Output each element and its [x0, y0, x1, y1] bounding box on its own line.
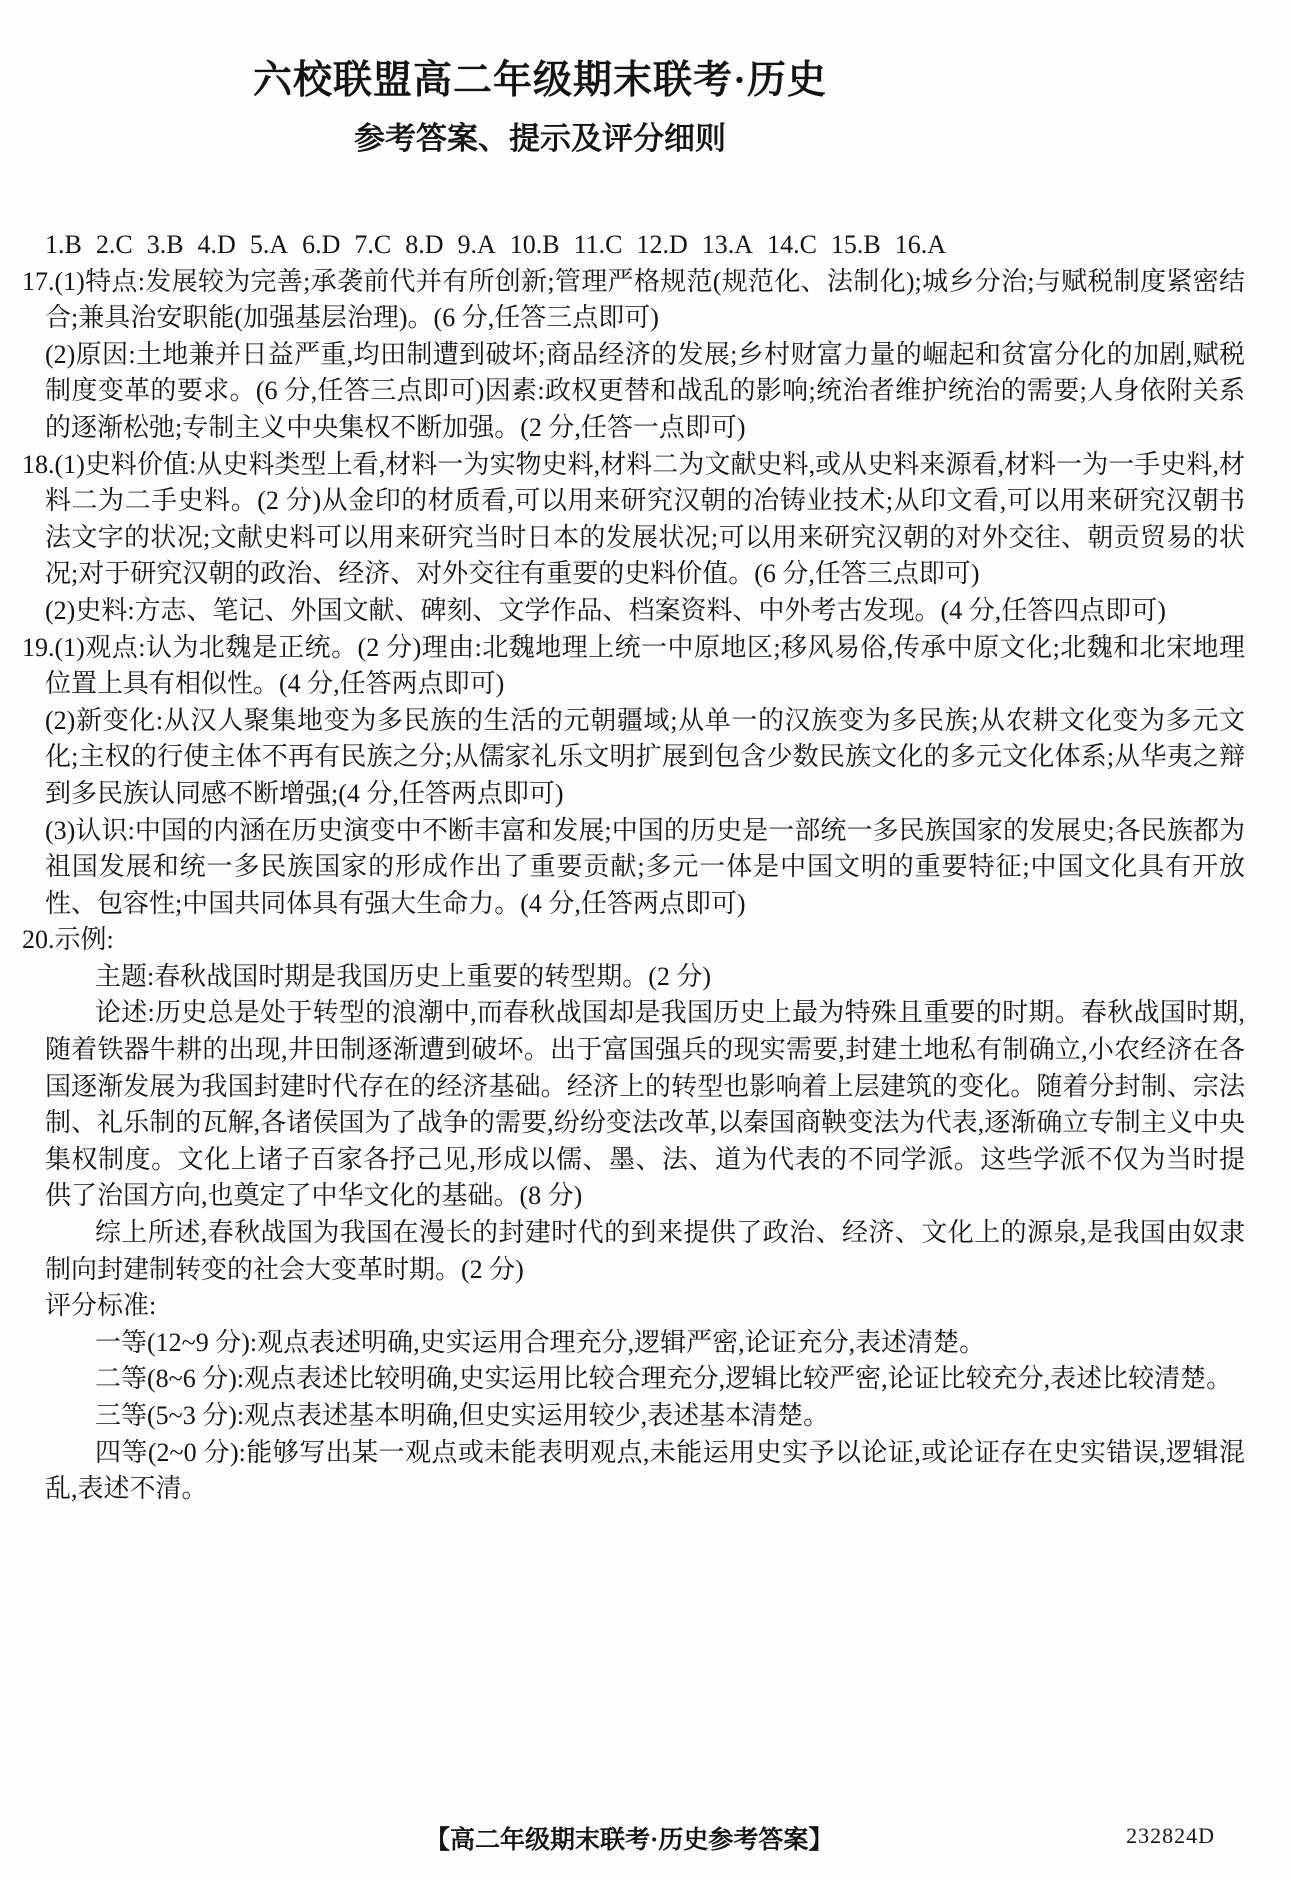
q19-part2-answer: (2)新变化:从汉人聚集地变为多民族的生活的元朝疆域;从单一的汉族变为多民族;从… — [45, 703, 1245, 813]
mcq-answer-1: 1.B — [45, 227, 82, 264]
q20-criteria-heading: 评分标准: — [45, 1288, 1245, 1325]
q18-part1-answer: 18.(1)史料价值:从史料类型上看,材料一为实物史料,材料二为文献史料,或从史… — [45, 447, 1245, 593]
mcq-answer-3: 3.B — [147, 227, 184, 264]
q17-part1-answer: 17.(1)特点:发展较为完善;承袭前代并有所创新;管理严格规范(规范化、法制化… — [45, 264, 1245, 337]
q19-part3-answer: (3)认识:中国的内涵在历史演变中不断丰富和发展;中国的历史是一部统一多民族国家… — [45, 813, 1245, 923]
mcq-answer-9: 9.A — [458, 227, 496, 264]
mcq-answer-15: 15.B — [831, 227, 881, 264]
q20-label: 20.示例: — [45, 922, 1245, 959]
q20-essay: 论述:历史总是处于转型的浪潮中,而春秋战国却是我国历史上最为特殊且重要的时期。春… — [45, 995, 1245, 1215]
mcq-answer-13: 13.A — [702, 227, 753, 264]
answer-content: 1.B 2.C 3.B 4.D 5.A 6.D 7.C 8.D 9.A 10.B… — [45, 227, 1245, 1508]
q17-part2-answer: (2)原因:土地兼并日益严重,均田制遭到破坏;商品经济的发展;乡村财富力量的崛起… — [45, 337, 1245, 447]
mcq-answer-14: 14.C — [767, 227, 817, 264]
q20-criteria-tier4: 四等(2~0 分):能够写出某一观点或未能表明观点,未能运用史实予以论证,或论证… — [45, 1435, 1245, 1508]
q20-theme: 主题:春秋战国时期是我国历史上重要的转型期。(2 分) — [45, 959, 1245, 996]
q20-criteria-tier3: 三等(5~3 分):观点表述基本明确,但史实运用较少,表述基本清楚。 — [45, 1398, 1245, 1435]
mcq-answer-6: 6.D — [302, 227, 340, 264]
q20-conclusion: 综上所述,春秋战国为我国在漫长的封建时代的到来提供了政治、经济、文化上的源泉,是… — [45, 1215, 1245, 1288]
page-title: 六校联盟高二年级期末联考·历史 — [45, 56, 1035, 106]
mcq-answer-10: 10.B — [510, 227, 560, 264]
q20-criteria-tier1: 一等(12~9 分):观点表述明确,史实运用合理充分,逻辑严密,论证充分,表述清… — [45, 1325, 1245, 1362]
mcq-answer-4: 4.D — [198, 227, 236, 264]
mcq-answer-7: 7.C — [354, 227, 391, 264]
document-heading: 六校联盟高二年级期末联考·历史 参考答案、提示及评分细则 — [45, 0, 1035, 159]
q18-part2-answer: (2)史料:方志、笔记、外国文献、碑刻、文学作品、档案资料、中外考古发现。(4 … — [45, 593, 1245, 630]
mcq-answer-5: 5.A — [250, 227, 288, 264]
q20-criteria-tier2: 二等(8~6 分):观点表述比较明确,史实运用比较合理充分,逻辑比较严密,论证比… — [45, 1361, 1245, 1398]
mcq-answer-row: 1.B 2.C 3.B 4.D 5.A 6.D 7.C 8.D 9.A 10.B… — [45, 227, 1245, 264]
mcq-answer-11: 11.C — [574, 227, 623, 264]
mcq-answer-2: 2.C — [96, 227, 133, 264]
mcq-answer-16: 16.A — [895, 227, 946, 264]
q19-part1-answer: 19.(1)观点:认为北魏是正统。(2 分)理由:北魏地理上统一中原地区;移风易… — [45, 630, 1245, 703]
mcq-answer-8: 8.D — [405, 227, 443, 264]
answer-key-page: 六校联盟高二年级期末联考·历史 参考答案、提示及评分细则 1.B 2.C 3.B… — [0, 0, 1290, 1881]
footer-paper-code: 232824D — [1126, 1823, 1215, 1849]
mcq-answer-12: 12.D — [637, 227, 688, 264]
footer-exam-label: 【高二年级期末联考·历史参考答案】 — [425, 1820, 833, 1856]
page-subtitle: 参考答案、提示及评分细则 — [45, 119, 1035, 159]
